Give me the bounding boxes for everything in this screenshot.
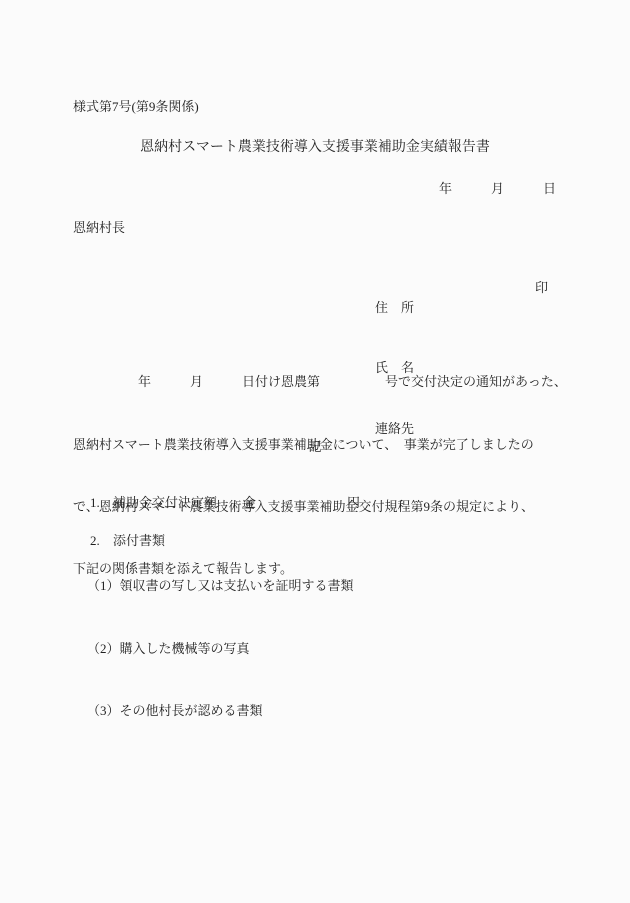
- date-line: 年 月 日: [439, 178, 556, 197]
- record-marker: 記: [0, 436, 630, 455]
- body-line-1: 年 月 日付け恩農第 号で交付決定の通知があった、: [73, 372, 573, 393]
- attachment-item-1: （1）領収書の写し又は支払いを証明する書類: [87, 576, 354, 597]
- document-page: 様式第7号(第9条関係) 恩納村スマート農業技術導入支援事業補助金実績報告書 年…: [0, 0, 630, 903]
- address-label: 住 所: [375, 298, 414, 318]
- seal-label: 印: [535, 277, 548, 296]
- form-number: 様式第7号(第9条関係): [73, 96, 199, 115]
- attachment-item-3: （3）その他村長が認める書類: [87, 701, 354, 722]
- document-title: 恩納村スマート農業技術導入支援事業補助金実績報告書: [0, 136, 630, 156]
- attachment-item-2: （2）購入した機械等の写真: [87, 639, 354, 660]
- attachment-list: （1）領収書の写し又は支払いを証明する書類 （2）購入した機械等の写真 （3）そ…: [87, 534, 354, 764]
- addressee: 恩納村長: [73, 217, 125, 236]
- list-item-text: 補助金交付決定額 金 円: [113, 495, 360, 510]
- list-item-number: 1.: [90, 495, 113, 511]
